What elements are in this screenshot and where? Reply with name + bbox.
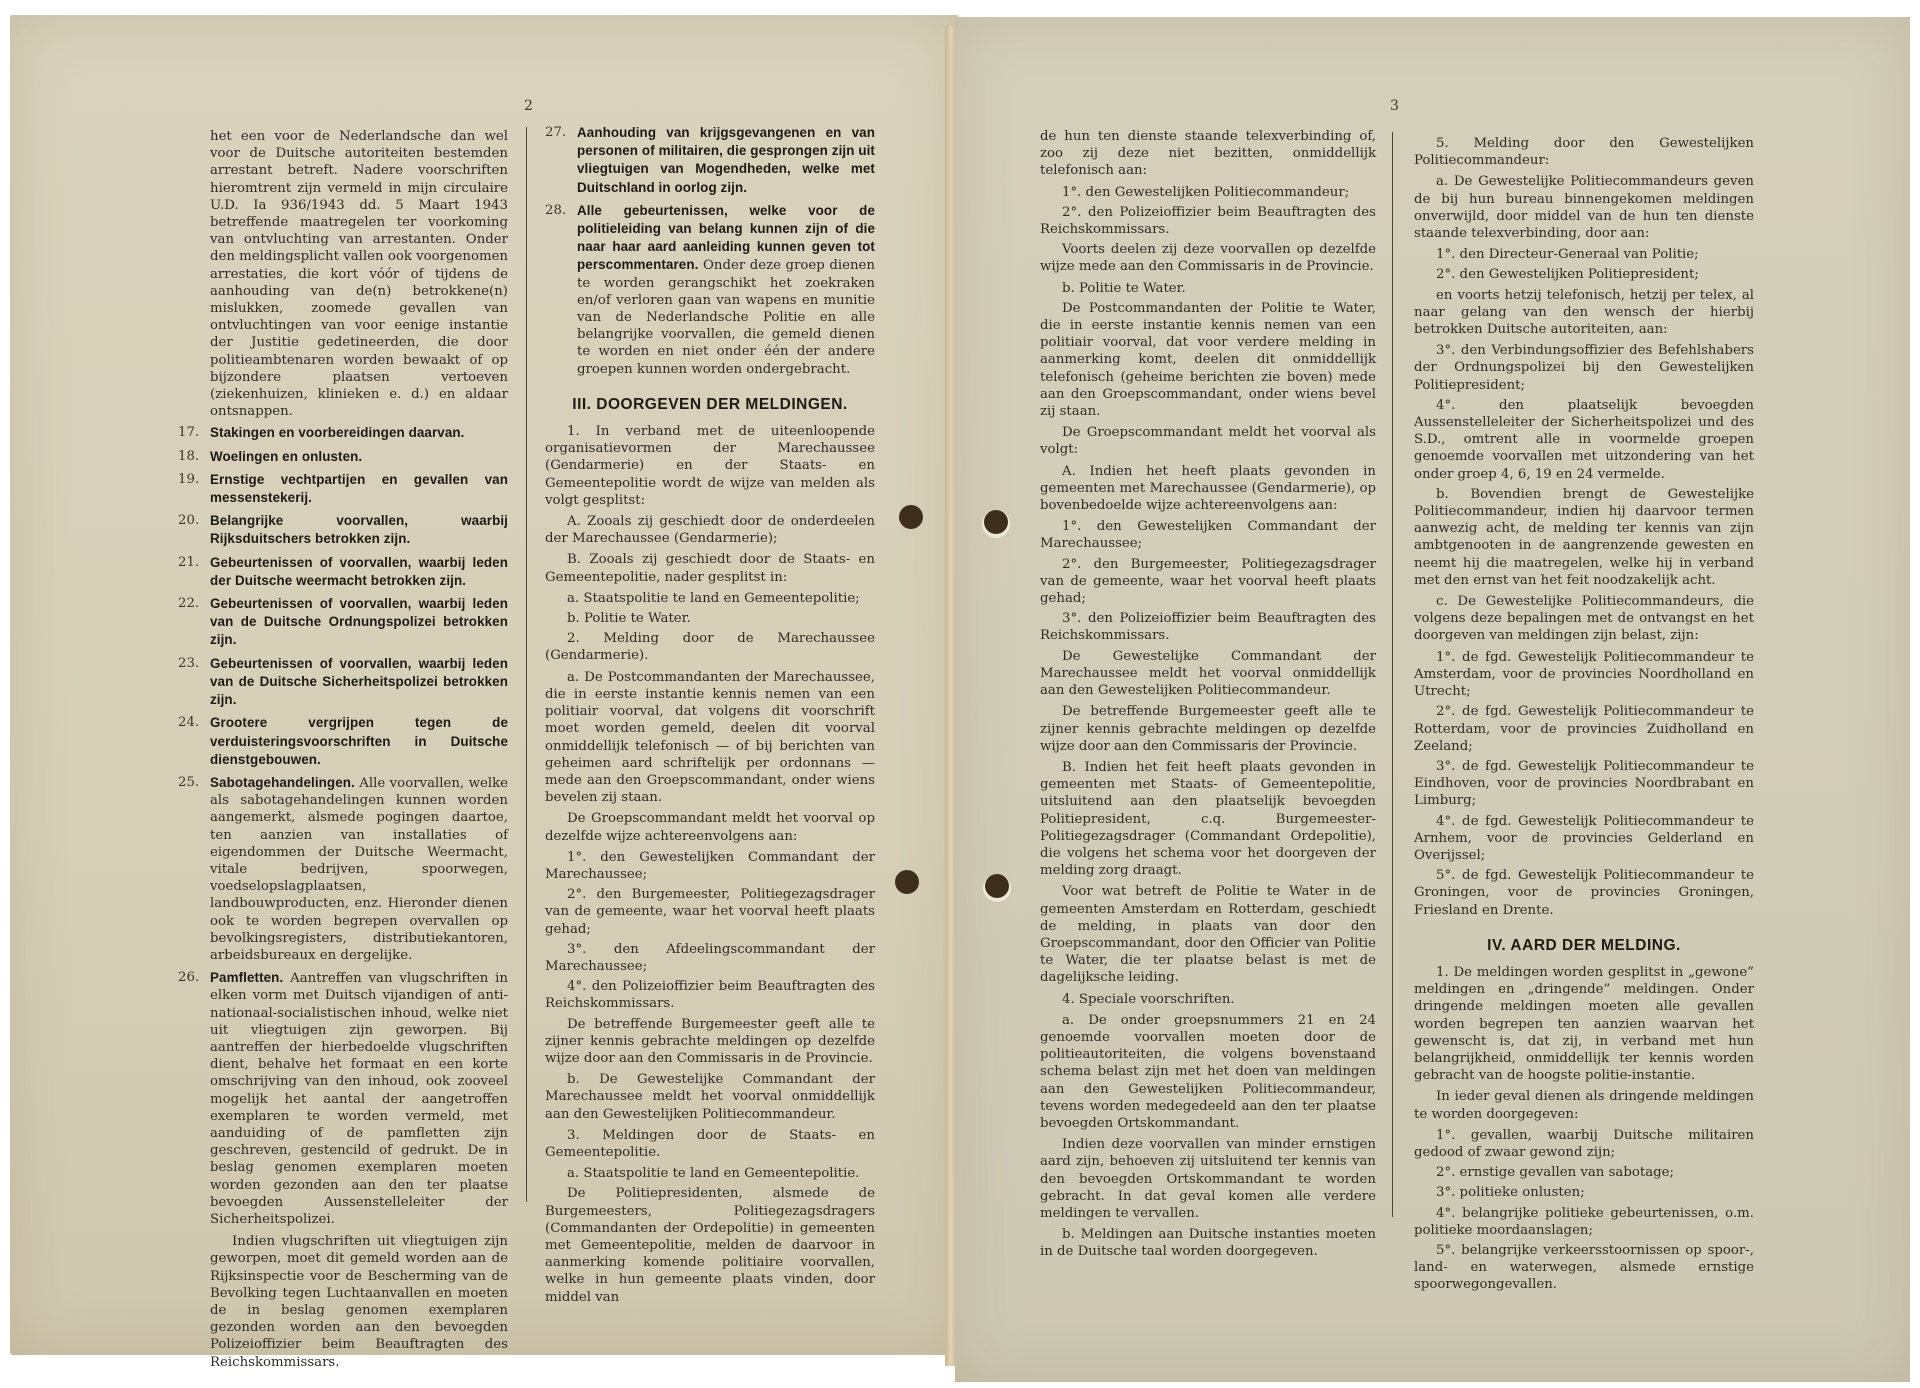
numbered-item: 24.Grootere vergrijpen tegen de verduist… — [178, 714, 508, 769]
item-title: Gebeurtenissen of voorvallen, waarbij le… — [210, 555, 508, 588]
paragraph: B. Zooals zij geschiedt door de Staats- … — [545, 551, 875, 585]
paragraph: en voorts hetzij telefonisch, hetzij per… — [1414, 287, 1754, 339]
item-body: Gebeurtenissen of voorvallen, waarbij le… — [210, 595, 508, 650]
item-number: 21. — [178, 554, 210, 590]
left-page-column-2: 27.Aanhouding van krijgsgevangenen en va… — [545, 124, 875, 1310]
paragraph: B. Indien het feit heeft plaats gevonden… — [1040, 759, 1376, 879]
paragraph: 3°. den Verbindungsoffizier des Befehlsh… — [1414, 342, 1754, 394]
paragraph: In ieder geval dienen als dringende meld… — [1414, 1088, 1754, 1122]
item-body: Alle gebeurtenissen, welke voor de polit… — [577, 202, 875, 378]
item-body: Gebeurtenissen of voorvallen, waarbij le… — [210, 554, 508, 590]
numbered-item: 26.Pamfletten. Aantreffen van vlugschrif… — [178, 969, 508, 1228]
paragraph: 5°. de fgd. Gewestelijk Politiecommandeu… — [1414, 867, 1754, 919]
paragraph: De Postcommandanten der Politie te Water… — [1040, 300, 1376, 420]
column-divider-right — [1392, 132, 1393, 1217]
section-iii-body: 1. In verband met de uiteenloopende orga… — [545, 423, 875, 1306]
item-body: Grootere vergrijpen tegen de verduisteri… — [210, 714, 508, 769]
paragraph: a. De Gewestelijke Politiecommandeurs ge… — [1414, 173, 1754, 242]
item-title: Sabotagehandelingen. — [210, 775, 355, 790]
paragraph: 4°. den Polizeioffizier beim Beauftragte… — [545, 978, 875, 1012]
item-title: Grootere vergrijpen tegen de verduisteri… — [210, 715, 508, 766]
paragraph: De betreffende Burgemeester geeft alle t… — [1040, 703, 1376, 755]
paragraph: 2°. den Gewestelijken Politiepresident; — [1414, 266, 1754, 283]
item-number: 20. — [178, 512, 210, 548]
paragraph: 3°. politieke onlusten; — [1414, 1184, 1754, 1201]
numbered-item: 27.Aanhouding van krijgsgevangenen en va… — [545, 124, 875, 197]
punch-hole — [985, 874, 1009, 898]
continuation-paragraph: het een voor de Nederlandsche dan wel vo… — [210, 128, 508, 420]
item-title: Gebeurtenissen of voorvallen, waarbij le… — [210, 596, 508, 647]
item-number: 19. — [178, 471, 210, 507]
punch-hole — [984, 510, 1008, 534]
paragraph: b. Politie te Water. — [545, 610, 875, 627]
paragraph: 1°. den Gewestelijken Politiecommandeur; — [1040, 184, 1376, 201]
paragraph: A. Indien het heeft plaats gevonden in g… — [1040, 463, 1376, 515]
paragraph: De betreffende Burgemeester geeft alle t… — [545, 1016, 875, 1068]
paragraph: c. De Gewestelijke Politiecommandeurs, d… — [1414, 593, 1754, 645]
item-number: 28. — [545, 202, 577, 378]
paragraph: 2°. de fgd. Gewestelijk Politiecommandeu… — [1414, 703, 1754, 755]
numbered-item: 19.Ernstige vechtpartijen en gevallen va… — [178, 471, 508, 507]
section-iv-body: 1. De meldingen worden gesplitst in „gew… — [1414, 964, 1754, 1294]
item-number: 26. — [178, 969, 210, 1228]
item-number: 18. — [178, 448, 210, 466]
item-title: Gebeurtenissen of voorvallen, waarbij le… — [210, 656, 508, 707]
paragraph: 1°. den Gewestelijken Commandant der Mar… — [545, 849, 875, 883]
paragraph: b. Bovendien brengt de Gewestelijke Poli… — [1414, 486, 1754, 589]
paragraph: A. Zooals zij geschiedt door de onderdee… — [545, 513, 875, 547]
paragraph: 1°. den Gewestelijken Commandant der Mar… — [1040, 518, 1376, 552]
numbered-item: 20.Belangrijke voorvallen, waarbij Rijks… — [178, 512, 508, 548]
item-text: Alle voorvallen, welke als sabotagehande… — [210, 776, 508, 963]
paragraph: De Gewestelijke Commandant der Marechaus… — [1040, 648, 1376, 700]
section-heading-iv: IV. AARD DER MELDING. — [1414, 937, 1754, 954]
item-text: Aantreffen van vlugschriften in elken vo… — [210, 971, 508, 1227]
paragraph: 2°. den Polizeioffizier beim Beauftragte… — [1040, 204, 1376, 238]
right-page-column-2: 5. Melding door den Gewestelijken Politi… — [1414, 135, 1754, 1297]
punch-hole — [899, 505, 923, 529]
item-number: 22. — [178, 595, 210, 650]
paragraph: 4°. belangrijke politieke gebeurtenissen… — [1414, 1205, 1754, 1239]
item-body: Aanhouding van krijgsgevangenen en van p… — [577, 124, 875, 197]
numbered-item: 23.Gebeurtenissen of voorvallen, waarbij… — [178, 655, 508, 710]
paragraph: 3. Meldingen door de Staats- en Gemeente… — [545, 1127, 875, 1161]
paragraph: 4°. den plaatselijk bevoegden Aussenstel… — [1414, 397, 1754, 483]
paragraph: De Groepscommandant meldt het voorval al… — [1040, 424, 1376, 458]
paragraph: a. Staatspolitie te land en Gemeentepoli… — [545, 1165, 875, 1182]
paragraph: 4°. de fgd. Gewestelijk Politiecommandeu… — [1414, 813, 1754, 865]
paragraph: Indien deze voorvallen van minder ernsti… — [1040, 1136, 1376, 1222]
right-page-column-1: de hun ten dienste staande telexverbindi… — [1040, 128, 1376, 1265]
item-text: Onder deze groep dienen te worden gerang… — [577, 258, 875, 376]
paragraph: 2. Melding door de Marechaussee (Gendarm… — [545, 630, 875, 664]
numbered-item: 22.Gebeurtenissen of voorvallen, waarbij… — [178, 595, 508, 650]
section-heading-iii: III. DOORGEVEN DER MELDINGEN. — [545, 396, 875, 413]
paragraph: 2°. ernstige gevallen van sabotage; — [1414, 1164, 1754, 1181]
numbered-item: 17.Stakingen en voorbereidingen daarvan. — [178, 424, 508, 442]
paragraph: b. De Gewestelijke Commandant der Marech… — [545, 1071, 875, 1123]
item-title: Ernstige vechtpartijen en gevallen van m… — [210, 472, 508, 505]
numbered-item: 25.Sabotagehandelingen. Alle voorvallen,… — [178, 774, 508, 964]
paragraph: 1°. den Directeur-Generaal van Politie; — [1414, 246, 1754, 263]
item-body: Sabotagehandelingen. Alle voorvallen, we… — [210, 774, 508, 964]
item-title: Stakingen en voorbereidingen daarvan. — [210, 425, 464, 440]
paragraph: De Groepscommandant meldt het voorval op… — [545, 810, 875, 844]
paragraph: 1. In verband met de uiteenloopende orga… — [545, 423, 875, 509]
item-title: Belangrijke voorvallen, waarbij Rijksdui… — [210, 513, 508, 546]
paragraph: 3°. de fgd. Gewestelijk Politiecommandeu… — [1414, 758, 1754, 810]
paragraph: Voor wat betreft de Politie te Water in … — [1040, 883, 1376, 986]
page-number-right: 3 — [1390, 98, 1399, 114]
page-number-left: 2 — [524, 98, 533, 114]
item-number: 25. — [178, 774, 210, 964]
item-body: Pamfletten. Aantreffen van vlugschriften… — [210, 969, 508, 1228]
left-page-column-1: het een voor de Nederlandsche dan wel vo… — [178, 128, 508, 1375]
numbered-item: 21.Gebeurtenissen of voorvallen, waarbij… — [178, 554, 508, 590]
paragraph: 2°. den Burgemeester, Politiegezagsdrage… — [1040, 556, 1376, 608]
item-title: Woelingen en onlusten. — [210, 449, 362, 464]
numbered-group-list: 27.Aanhouding van krijgsgevangenen en va… — [545, 124, 875, 378]
section-iii-continued: de hun ten dienste staande telexverbindi… — [1040, 128, 1376, 1261]
item-number: 23. — [178, 655, 210, 710]
paragraph: 5. Melding door den Gewestelijken Politi… — [1414, 135, 1754, 169]
item-body: Belangrijke voorvallen, waarbij Rijksdui… — [210, 512, 508, 548]
melding-gewestelijke-commandeur: 5. Melding door den Gewestelijken Politi… — [1414, 135, 1754, 919]
item-title: Aanhouding van krijgsgevangenen en van p… — [577, 125, 875, 195]
item-body: Stakingen en voorbereidingen daarvan. — [210, 424, 508, 442]
paragraph: 1°. de fgd. Gewestelijk Politiecommandeu… — [1414, 649, 1754, 701]
paragraph: 5°. belangrijke verkeersstoornissen op s… — [1414, 1242, 1754, 1294]
paragraph: De Politiepresidenten, alsmede de Burgem… — [545, 1185, 875, 1305]
item-number: 17. — [178, 424, 210, 442]
paragraph: a. De onder groepsnummers 21 en 24 genoe… — [1040, 1012, 1376, 1132]
paragraph: b. Politie te Water. — [1040, 280, 1376, 297]
numbered-item: 18.Woelingen en onlusten. — [178, 448, 508, 466]
punch-hole — [895, 870, 919, 894]
paragraph: 2°. den Burgemeester, Politiegezagsdrage… — [545, 886, 875, 938]
item-number: 24. — [178, 714, 210, 769]
paragraph: a. De Postcommandanten der Marechaussee,… — [545, 669, 875, 807]
item-number: 27. — [545, 124, 577, 197]
paragraph: 3°. den Polizeioffizier beim Beauftragte… — [1040, 610, 1376, 644]
paragraph: 1°. gevallen, waarbij Duitsche militaire… — [1414, 1127, 1754, 1161]
item-body: Gebeurtenissen of voorvallen, waarbij le… — [210, 655, 508, 710]
paragraph: Voorts deelen zij deze voorvallen op dez… — [1040, 241, 1376, 275]
paragraph: 1. De meldingen worden gesplitst in „gew… — [1414, 964, 1754, 1084]
closing-paragraph: Indien vlugschriften uit vliegtuigen zij… — [210, 1233, 508, 1371]
paragraph: a. Staatspolitie te land en Gemeentepoli… — [545, 590, 875, 607]
paragraph: 4. Speciale voorschriften. — [1040, 991, 1376, 1008]
paragraph: 3°. den Afdeelingscommandant der Marecha… — [545, 941, 875, 975]
item-body: Woelingen en onlusten. — [210, 448, 508, 466]
paragraph: b. Meldingen aan Duitsche instanties moe… — [1040, 1226, 1376, 1260]
item-title: Pamfletten. — [210, 970, 283, 985]
column-divider-left — [526, 127, 527, 1202]
paragraph: de hun ten dienste staande telexverbindi… — [1040, 128, 1376, 180]
numbered-item: 28.Alle gebeurtenissen, welke voor de po… — [545, 202, 875, 378]
numbered-group-list: 17.Stakingen en voorbereidingen daarvan.… — [178, 424, 508, 1228]
item-body: Ernstige vechtpartijen en gevallen van m… — [210, 471, 508, 507]
